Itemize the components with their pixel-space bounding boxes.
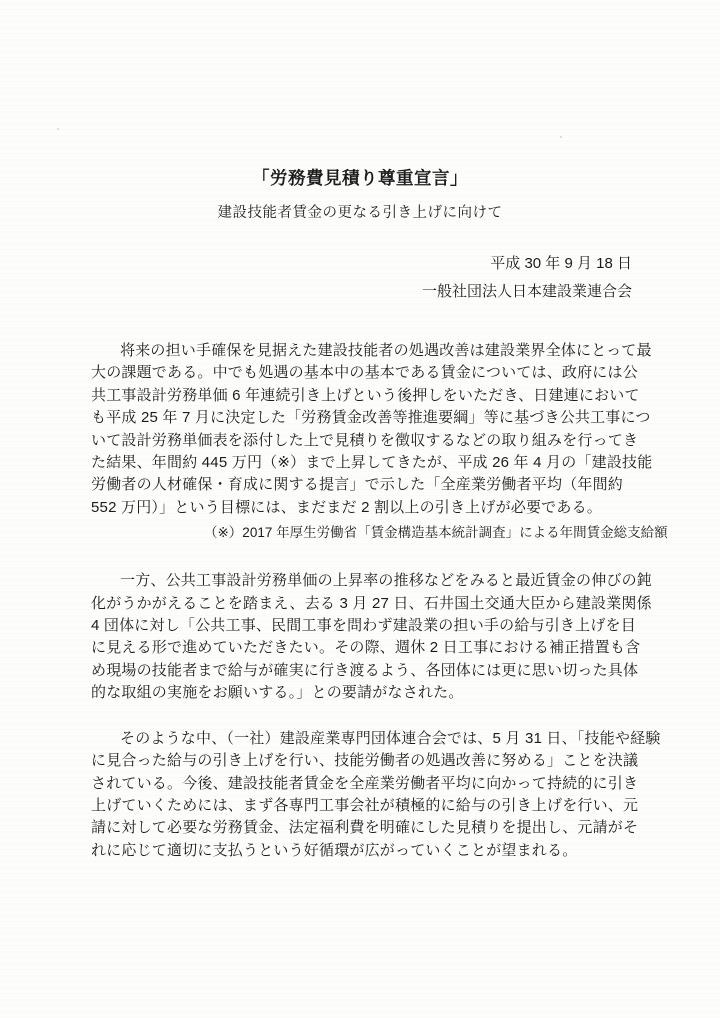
paragraph-1: 将来の担い手確保を見据えた建設技能者の処遇改善は建設業界全体にとって最 大の課題… (91, 340, 658, 519)
document-body: 将来の担い手確保を見据えた建設技能者の処遇改善は建設業界全体にとって最 大の課題… (0, 340, 720, 862)
paragraph-2: 一方、公共工事設計労務単価の上昇率の推移などをみると最近賃金の伸びの鈍 化がうか… (91, 570, 658, 704)
document-date: 平成 30 年 9 月 18 日 (0, 250, 632, 278)
document-subtitle: 建設技能者賃金の更なる引き上げに向けて (0, 203, 720, 223)
paragraph-3: そのような中、（一社）建設産業専門団体連合会では、5 月 31 日、「技能や経験… (91, 728, 658, 862)
scan-speck (57, 128, 59, 130)
document-title: 「労務費見積り尊重宣言」 (0, 166, 720, 190)
scanned-document-page: 「労務費見積り尊重宣言」 建設技能者賃金の更なる引き上げに向けて 平成 30 年… (0, 0, 720, 1018)
scan-speck (560, 136, 562, 138)
scan-speck (609, 593, 611, 595)
document-organization: 一般社団法人日本建設業連合会 (0, 278, 632, 306)
footnote: （※）2017 年厚生労働省「賃金構造基本統計調査」による年間賃金総支給額 (204, 523, 658, 543)
dateline: 平成 30 年 9 月 18 日 一般社団法人日本建設業連合会 (0, 250, 720, 306)
